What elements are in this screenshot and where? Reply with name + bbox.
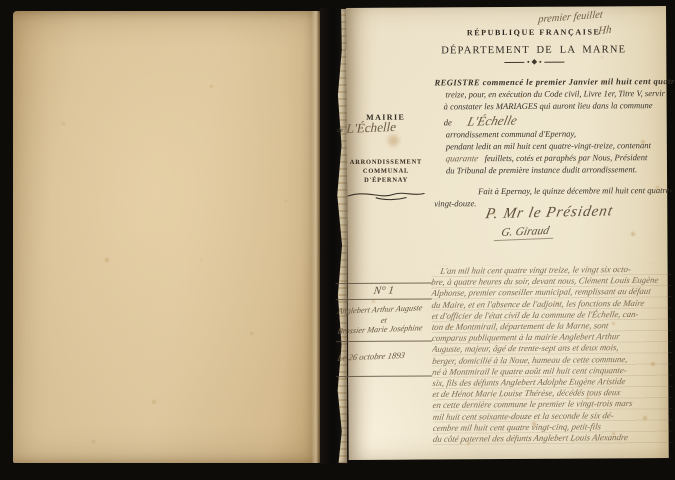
scanned-register-spread: premier feuillet Hh RÉPUBLIQUE FRANÇAISE… (0, 0, 675, 480)
handwritten-folio-annotation: premier feuillet (538, 4, 669, 25)
registre-line: à constater les MARIAGES qui auront lieu… (444, 100, 653, 111)
departement-heading: DÉPARTEMENT DE LA MARNE (426, 44, 641, 56)
de-printed: de (444, 117, 452, 127)
republique-heading: RÉPUBLIQUE FRANÇAISE (426, 27, 641, 37)
mairie-margin-block: MAIRIE de L'Échelle ARRONDISSEMENT COMMU… (335, 112, 438, 201)
fait-line: Fait à Epernay, le quinze décembre mil h… (478, 185, 672, 196)
ornament-dot (539, 61, 541, 63)
feuillets-printed: feuillets, cotés et paraphés par Nous, P… (485, 152, 648, 163)
registre-word: REGISTRE commencé le premier Janvier mil… (434, 76, 675, 88)
left-blank-page (13, 11, 320, 463)
act-body-line: du côté paternel des défunts Anglebert L… (432, 432, 673, 446)
de-label: de (337, 126, 344, 134)
handwritten-commune-paragraph: L'Échelle (466, 113, 519, 130)
handwritten-feuillets-count: quarante (445, 153, 480, 163)
act-body-text: L'an mil huit cent quatre vingt treize, … (431, 264, 673, 450)
registre-line: arrondissement communal d'Epernay, (446, 129, 576, 140)
flourish-ornament (346, 189, 426, 201)
act-margin-notes: N° 1 Anglebert Arthur Auguste et Brossie… (334, 7, 430, 8)
arrondissement-label: ARRONDISSEMENT (335, 157, 437, 167)
ornament-dot (527, 61, 529, 63)
registre-line-commune: de L'Échelle (444, 113, 517, 129)
registre-line: du Tribunal de première instance dudit a… (446, 164, 637, 175)
margin-rule (336, 340, 432, 342)
commune-line: de L'Échelle (335, 121, 437, 144)
act-number: N° 1 (335, 283, 433, 299)
right-register-page: premier feuillet Hh RÉPUBLIQUE FRANÇAISE… (346, 6, 669, 460)
handwritten-commune-margin: L'Échelle (345, 119, 398, 137)
registre-line: treize, pour, en exécution du Code civil… (445, 88, 664, 99)
registre-line-feuillets: quarante feuillets, cotés et paraphés pa… (446, 152, 648, 163)
registre-line: REGISTRE commencé le premier Janvier mil… (434, 76, 675, 88)
registre-line: pendant ledit an mil huit cent quatre-vi… (446, 140, 651, 151)
header-ornament (426, 59, 641, 64)
margin-rule (336, 375, 432, 377)
epernay-label: D'ÉPERNAY (335, 175, 437, 185)
ornament-line (544, 61, 564, 62)
ornament-line (504, 61, 524, 62)
ornament-diamond (531, 59, 537, 65)
act-date: Le 26 octobre 1893 (337, 349, 435, 363)
margin-rule (336, 298, 432, 300)
handwritten-signature: G. Giraud (494, 225, 557, 241)
